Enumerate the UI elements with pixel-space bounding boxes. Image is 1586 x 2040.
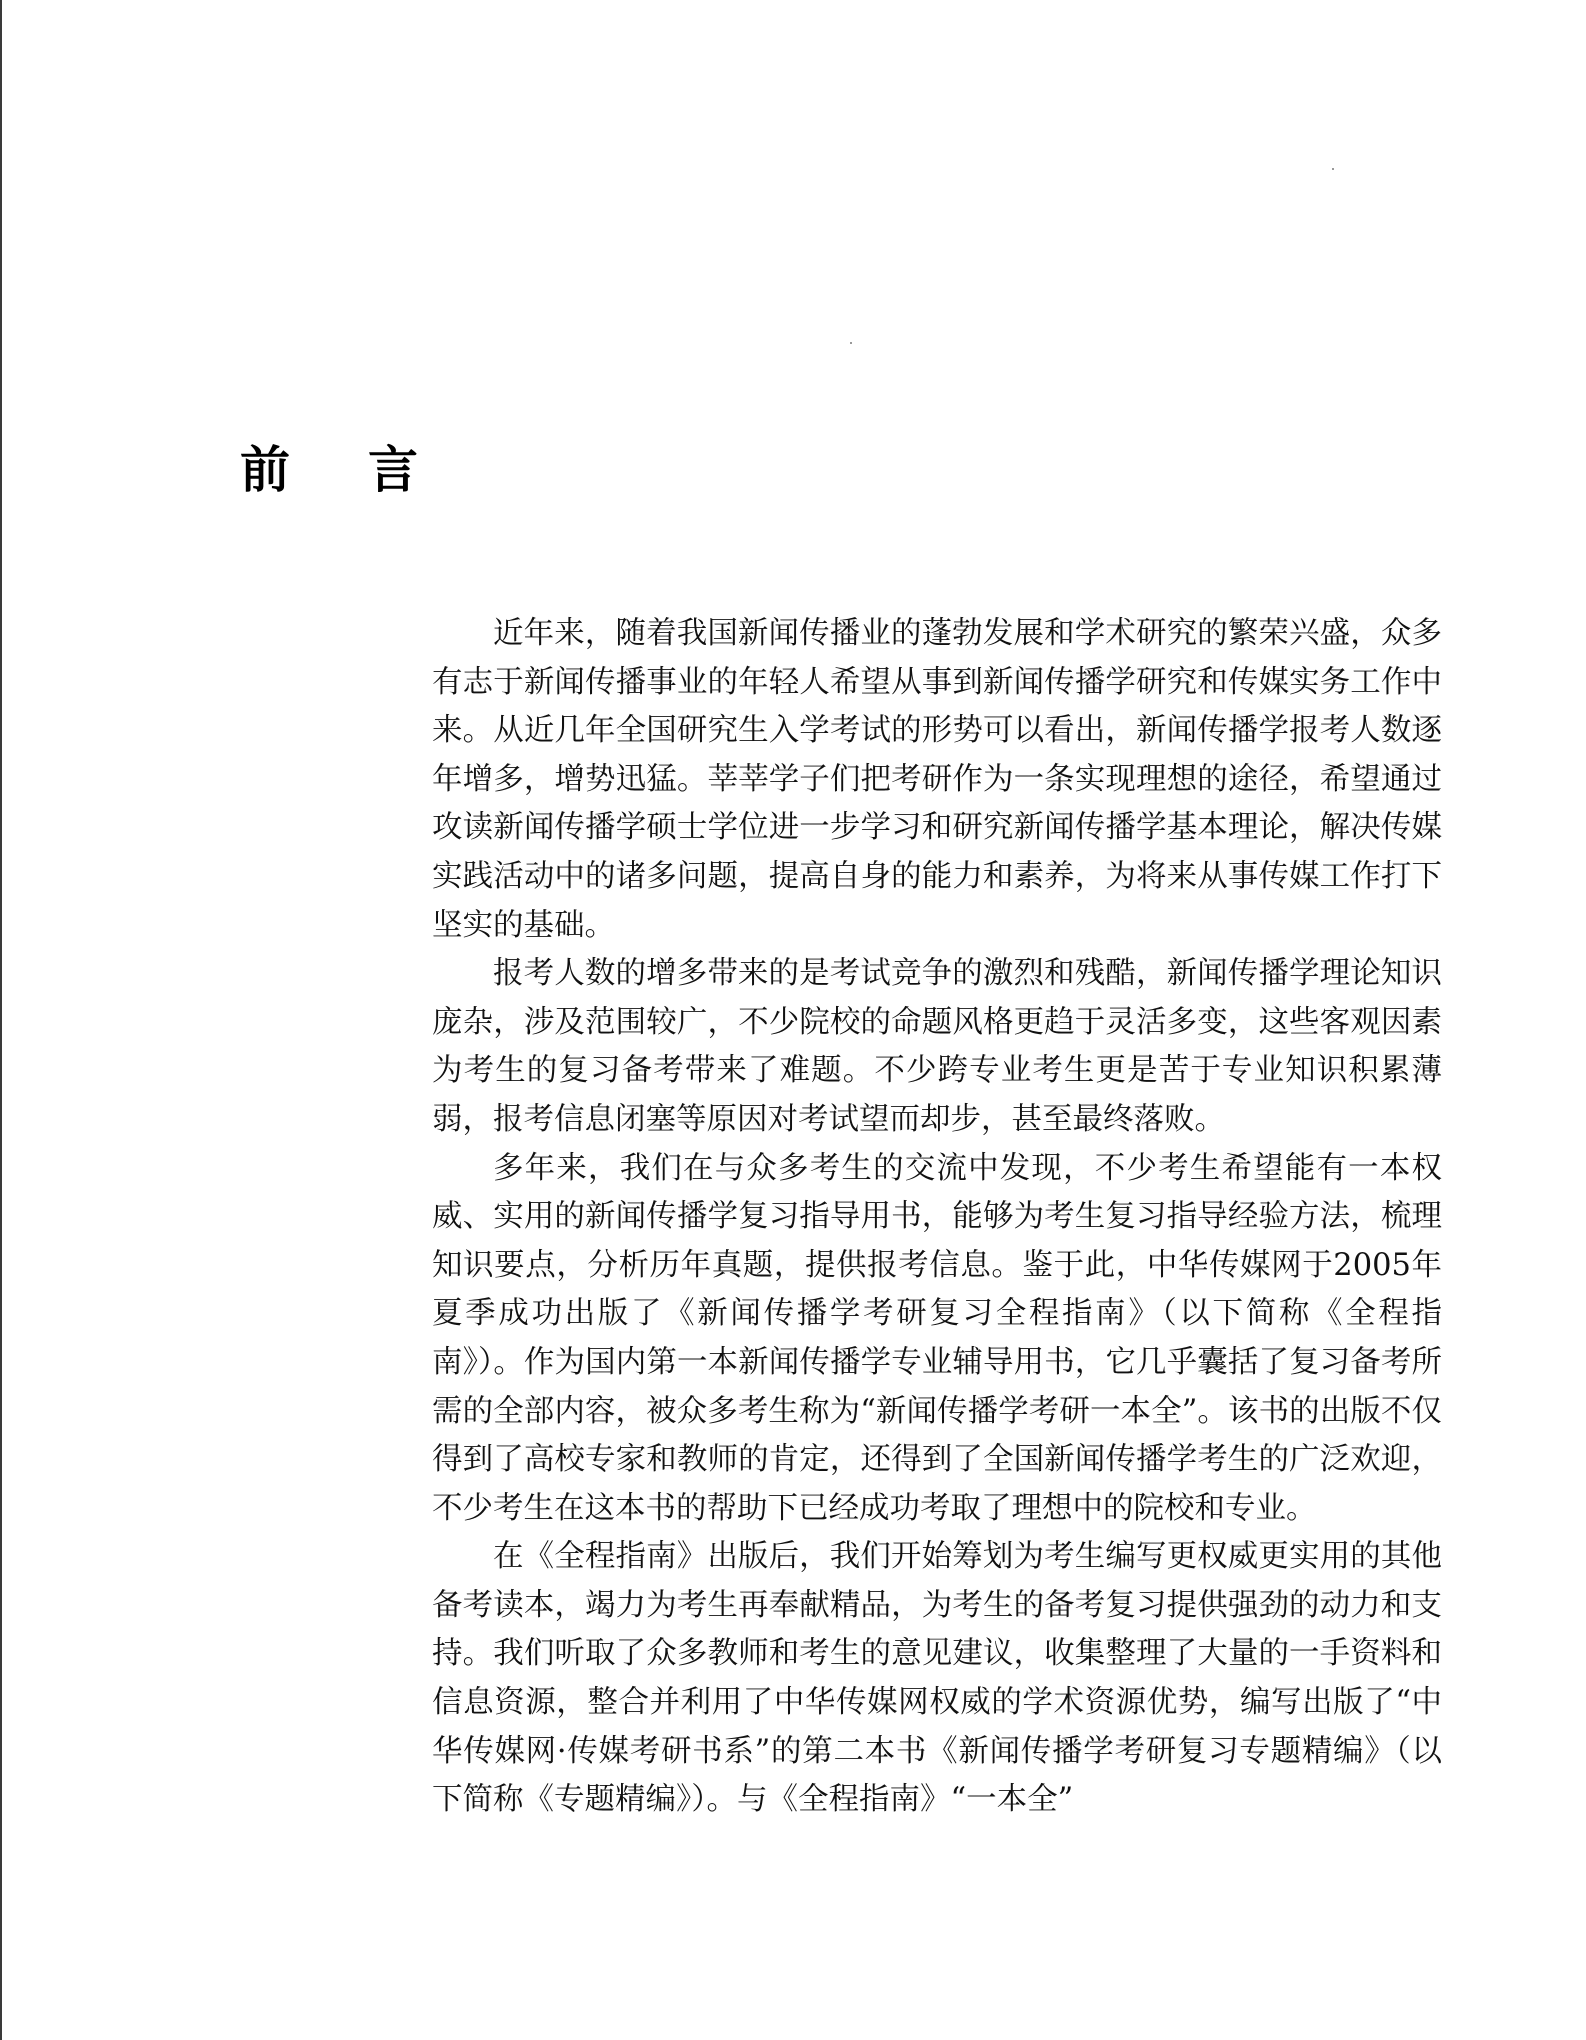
page-title: 前言 [240, 440, 496, 500]
scan-speck [1332, 168, 1334, 170]
paragraph-4: 在《全程指南》出版后，我们开始筹划为考生编写更权威更实用的其他备考读本，竭力为考… [432, 1533, 1442, 1825]
preface-body: 近年来，随着我国新闻传播业的蓬勃发展和学术研究的繁荣兴盛，众多有志于新闻传播事业… [432, 610, 1442, 1825]
paragraph-1: 近年来，随着我国新闻传播业的蓬勃发展和学术研究的繁荣兴盛，众多有志于新闻传播事业… [432, 610, 1442, 950]
paragraph-3: 多年来，我们在与众多考生的交流中发现，不少考生希望能有一本权威、实用的新闻传播学… [432, 1145, 1442, 1534]
scan-speck [850, 342, 852, 344]
paragraph-2: 报考人数的增多带来的是考试竞争的激烈和残酷，新闻传播学理论知识庞杂，涉及范围较广… [432, 950, 1442, 1144]
page-left-edge [0, 0, 2, 2040]
